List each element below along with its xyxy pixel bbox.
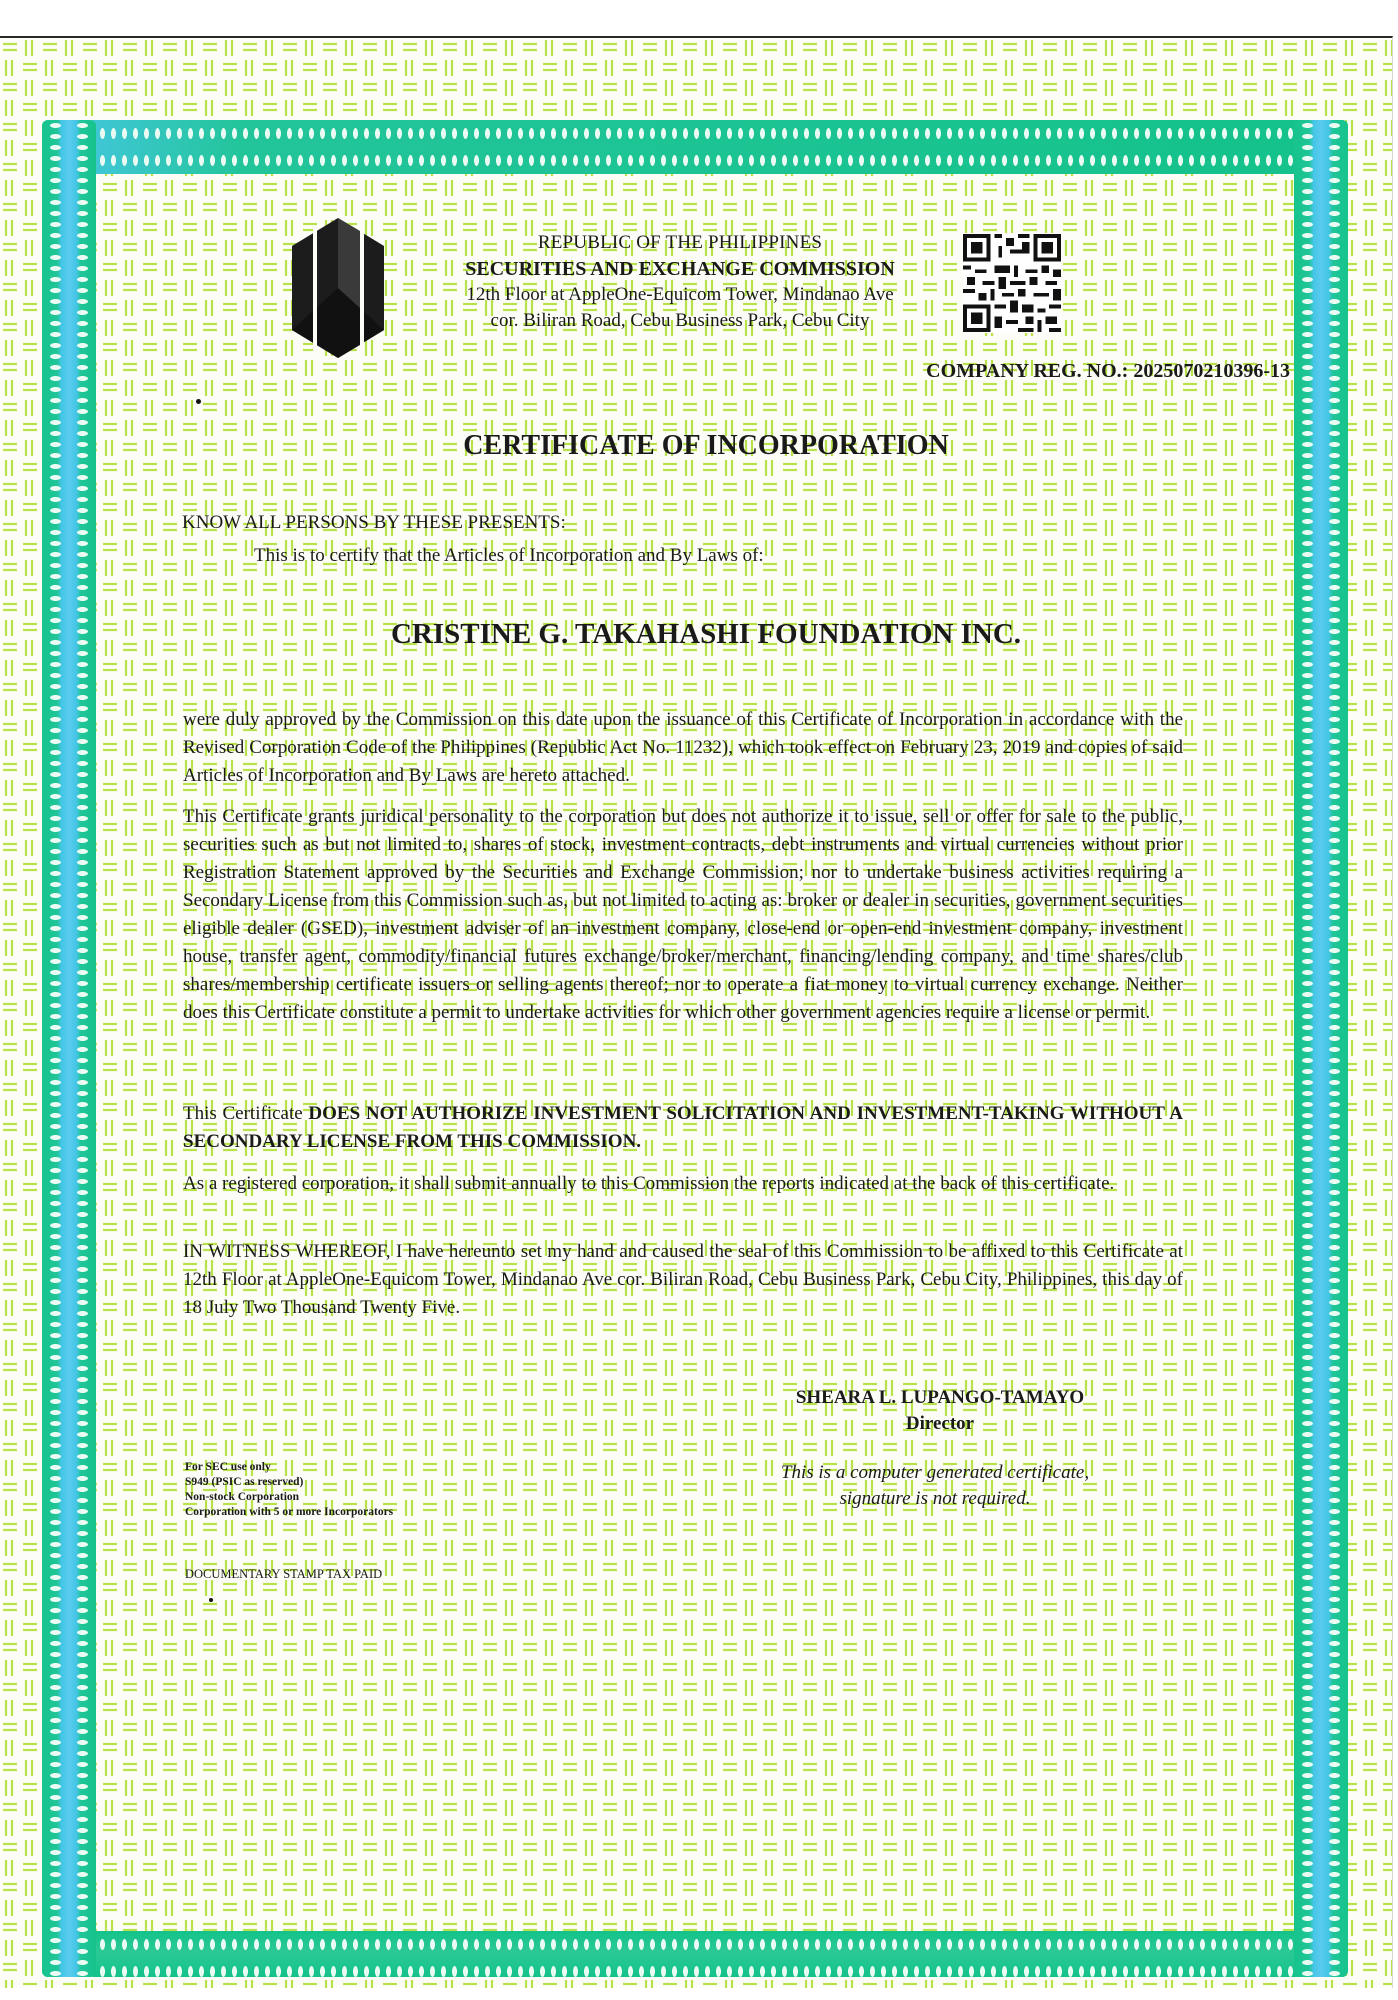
agency-header: REPUBLIC OF THE PHILIPPINES SECURITIES A…: [400, 230, 960, 334]
guilloche-border-top: [42, 120, 1348, 174]
signatory-position: Director: [720, 1411, 1160, 1437]
annual-reports-paragraph: As a registered corporation, it shall su…: [183, 1170, 1183, 1198]
investment-warning-paragraph: This Certificate DOES NOT AUTHORIZE INVE…: [183, 1100, 1183, 1156]
agency-address-line2: cor. Biliran Road, Cebu Business Park, C…: [400, 308, 960, 334]
witness-paragraph: IN WITNESS WHEREOF, I have hereunto set …: [183, 1238, 1183, 1322]
computer-generated-note: This is a computer generated certificate…: [700, 1460, 1170, 1512]
documentary-stamp-tax-label: DOCUMENTARY STAMP TAX PAID: [185, 1567, 382, 1582]
certificate-title: CERTIFICATE OF INCORPORATION: [0, 430, 1392, 462]
signatory-name: SHEARA L. LUPANGO-TAMAYO: [720, 1385, 1160, 1411]
approval-paragraph: were duly approved by the Commission on …: [183, 706, 1183, 790]
guilloche-border-left: [42, 120, 96, 1977]
sec-use-line: Corporation with 5 or more Incorporators: [185, 1505, 393, 1520]
company-name: CRISTINE G. TAKAHASHI FOUNDATION INC.: [0, 618, 1392, 651]
agency-address-line1: 12th Floor at AppleOne-Equicom Tower, Mi…: [400, 282, 960, 308]
sec-use-line: Non-stock Corporation: [185, 1490, 393, 1505]
qr-code-icon[interactable]: [963, 233, 1061, 333]
preamble-know-all: KNOW ALL PERSONS BY THESE PRESENTS:: [182, 512, 566, 534]
guilloche-border-bottom: [42, 1931, 1348, 1977]
warning-bold-text: DOES NOT AUTHORIZE INVESTMENT SOLICITATI…: [183, 1103, 1183, 1152]
guilloche-border-right: [1294, 120, 1348, 1977]
preamble-certify: This is to certify that the Articles of …: [254, 545, 764, 567]
computer-generated-note-line2: signature is not required.: [700, 1486, 1170, 1512]
sec-use-line: For SEC use only: [185, 1460, 393, 1475]
printer-dot: [209, 1598, 213, 1602]
company-registration-number: COMPANY REG. NO.: 2025070210396-13: [700, 360, 1290, 383]
warning-prefix: This Certificate: [183, 1103, 308, 1124]
country-name: REPUBLIC OF THE PHILIPPINES: [400, 230, 960, 256]
juridical-personality-paragraph: This Certificate grants juridical person…: [183, 803, 1183, 1027]
computer-generated-note-line1: This is a computer generated certificate…: [700, 1460, 1170, 1486]
signatory-block: SHEARA L. LUPANGO-TAMAYO Director: [720, 1385, 1160, 1437]
sec-use-line: S949 (PSIC as reserved): [185, 1475, 393, 1490]
printer-dot: [196, 399, 201, 404]
agency-name: SECURITIES AND EXCHANGE COMMISSION: [400, 256, 960, 282]
sec-use-only-block: For SEC use only S949 (PSIC as reserved)…: [185, 1460, 393, 1520]
sec-logo-icon: [292, 218, 384, 358]
